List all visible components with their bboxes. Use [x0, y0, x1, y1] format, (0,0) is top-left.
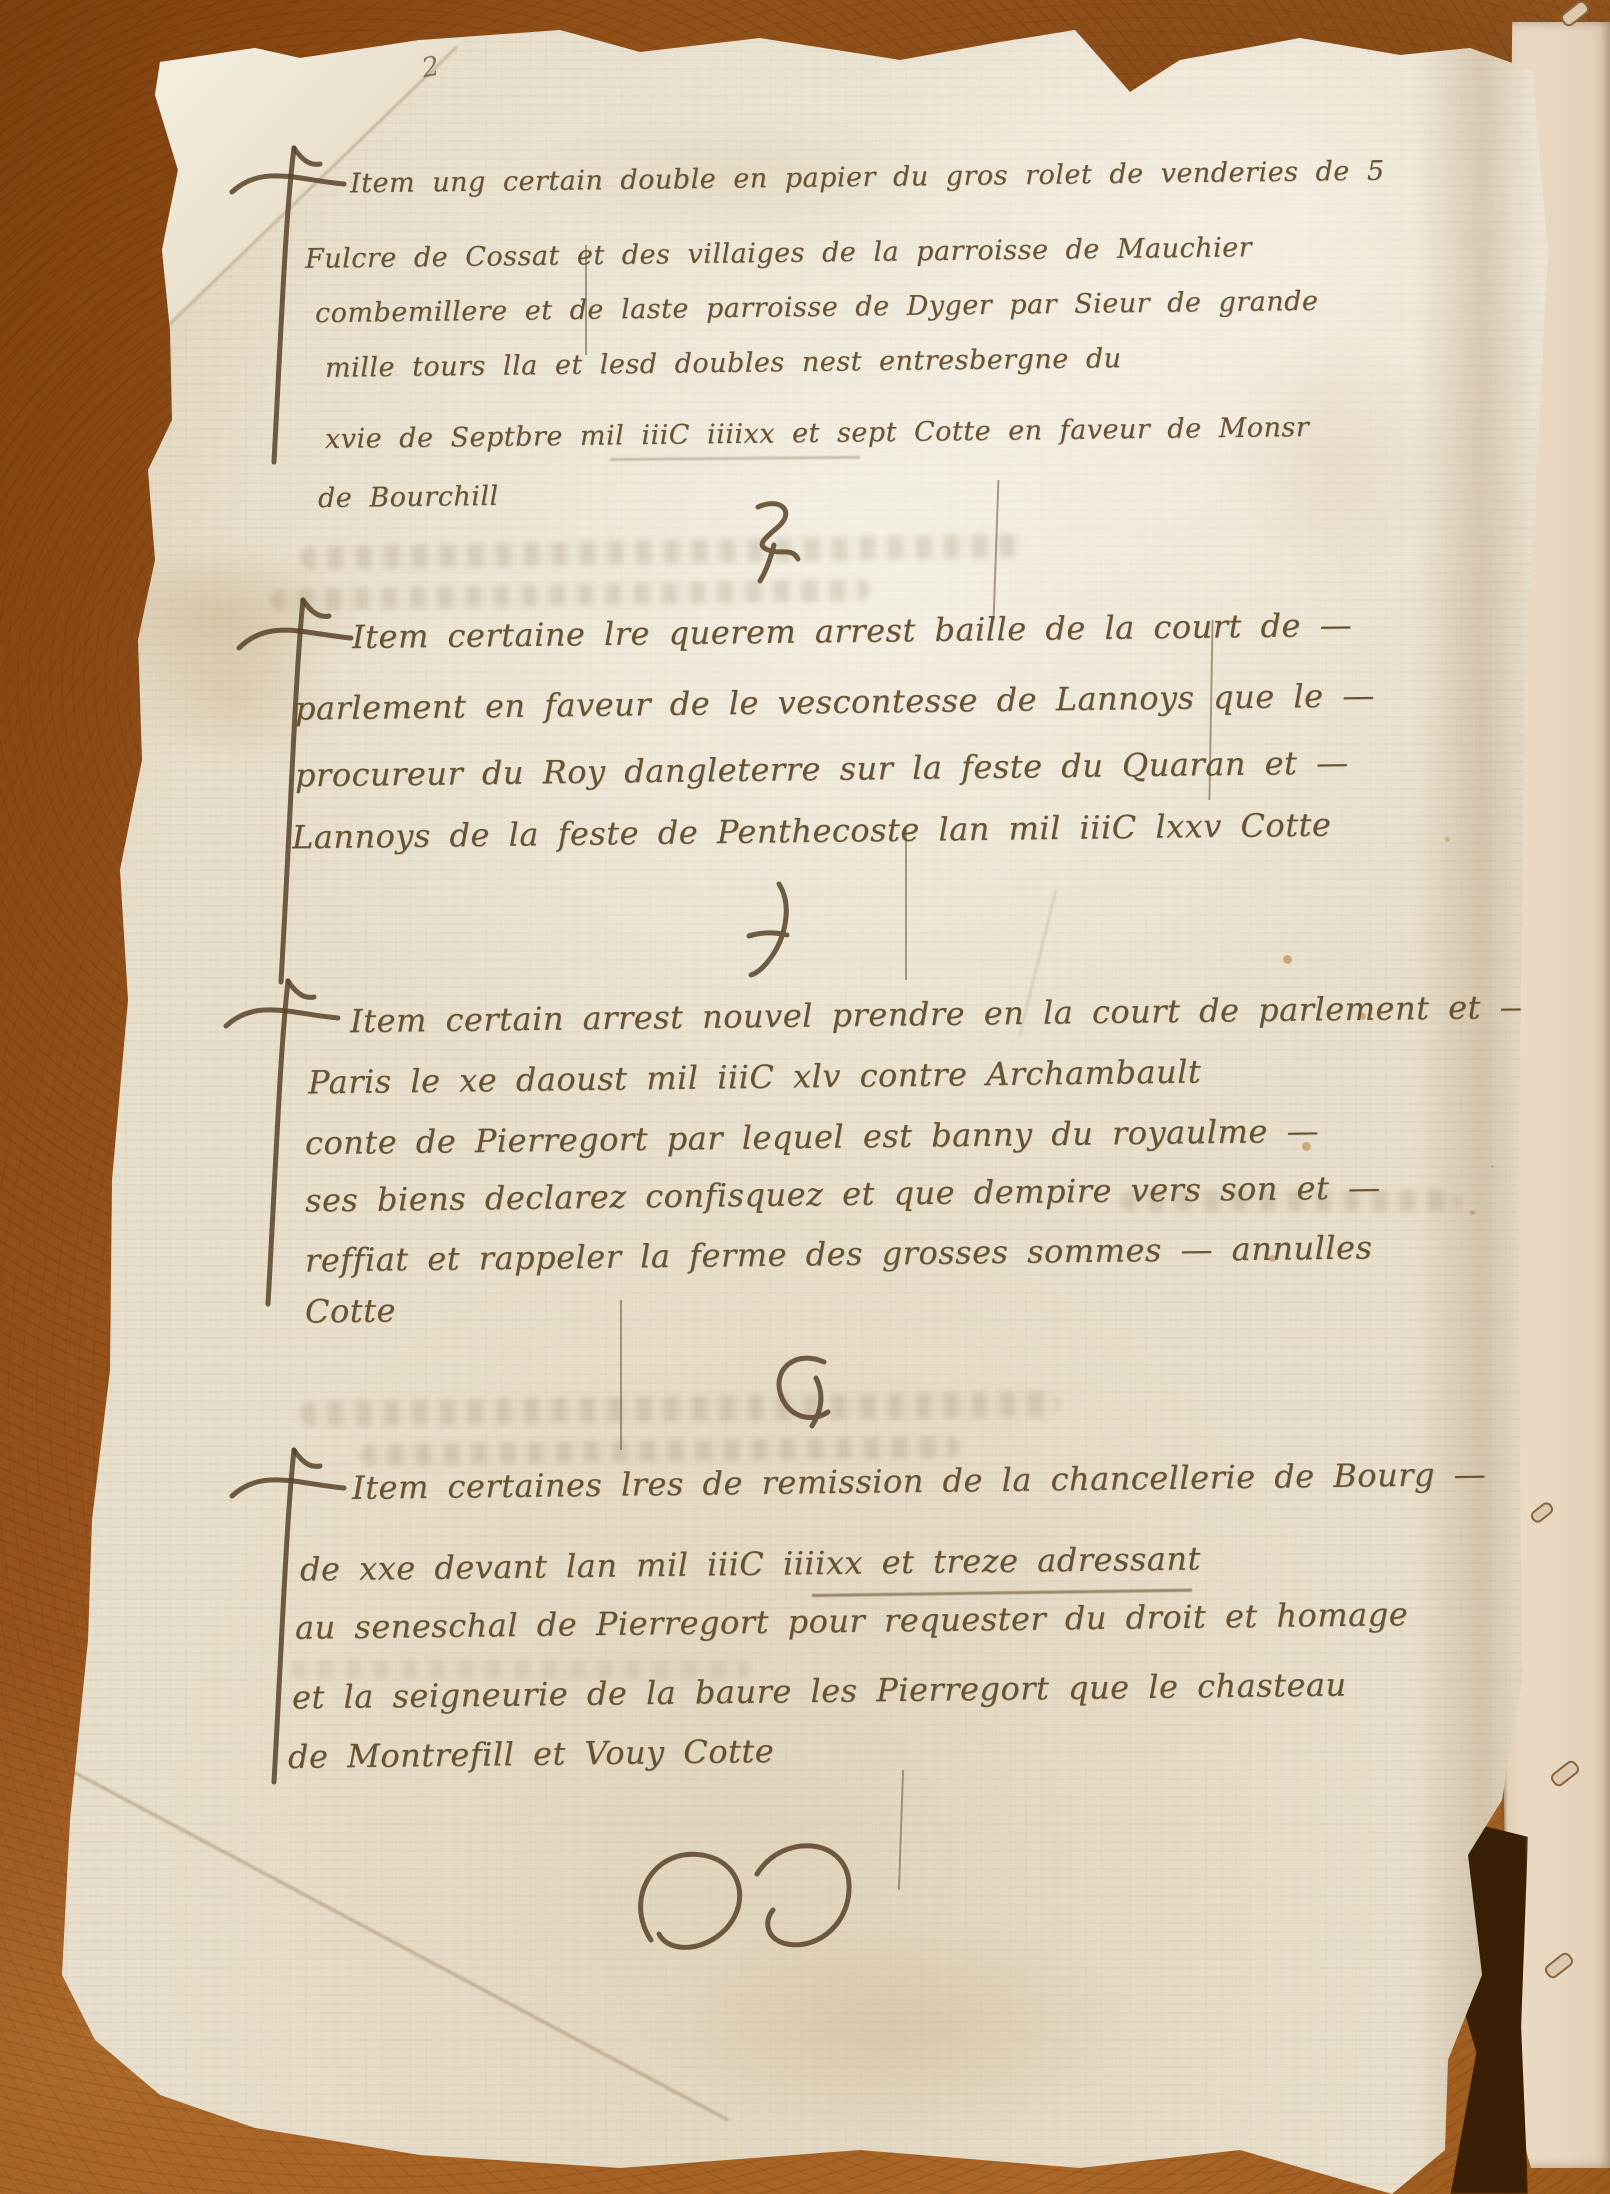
manuscript-line: reffiat et rappeler la ferme des grosses… — [305, 1228, 1373, 1279]
paragraph-separator-icon — [760, 1348, 850, 1443]
ink-descender — [993, 480, 1000, 620]
manuscript-line: de xxe devant lan mil iiiC iiiixx et tre… — [300, 1539, 1201, 1588]
bleedthrough-line — [300, 1391, 1060, 1428]
manuscript-line: ses biens declarez confisquez et que dem… — [305, 1168, 1381, 1219]
closing-paraph-flourish — [615, 1822, 885, 1972]
manuscript-line: xvie de Septbre mil iiiC iiiixx et sept … — [325, 412, 1310, 455]
manuscript-line: conte de Pierregort par lequel est banny… — [305, 1112, 1319, 1162]
ink-descender — [898, 1770, 904, 1890]
ink-underline — [812, 1589, 1192, 1597]
manuscript-line: parlement en faveur de le vescontesse de… — [295, 676, 1375, 727]
manuscript-line: mille tours lla et lesd doubles nest ent… — [325, 343, 1122, 384]
manuscript-line: Fulcre de Cossat et des villaiges de la … — [305, 232, 1252, 275]
bleedthrough-line — [300, 534, 1020, 571]
manuscript-line: et la seigneurie de la baure les Pierreg… — [292, 1666, 1347, 1717]
ink-underline — [610, 456, 860, 461]
manuscript-line: procureur du Roy dangleterre sur la fest… — [295, 744, 1349, 795]
manuscript-page: 2 Item ung certain double en papier du g… — [50, 0, 1550, 2194]
manuscript-line: Item certaines lres de remission de la c… — [352, 1455, 1487, 1507]
manuscript-line: de Bourchill — [318, 481, 499, 514]
manuscript-line: Cotte — [305, 1291, 396, 1330]
foxing-spots — [1283, 955, 1292, 964]
ink-descender — [620, 1300, 622, 1450]
paragraph-separator-icon — [735, 878, 805, 978]
manuscript-line: Lannoys de la feste de Penthecoste lan m… — [292, 806, 1332, 857]
manuscript-line: au seneschal de Pierregort pour requeste… — [295, 1595, 1409, 1647]
manuscript-line: Item certain arrest nouvel prendre en la… — [350, 988, 1532, 1040]
paragraph-separator-icon — [740, 495, 810, 585]
manuscript-line: Paris le xe daoust mil iiiC xlv contre A… — [308, 1053, 1202, 1102]
manuscript-line: Item certaine lre querem arrest baille d… — [352, 606, 1353, 656]
ink-descender — [585, 245, 587, 355]
manuscript-line: de Montrefill et Vouy Cotte — [288, 1732, 775, 1776]
manuscript-photo: 2 Item ung certain double en papier du g… — [0, 0, 1610, 2194]
manuscript-line: combemillere et de laste parroisse de Dy… — [315, 286, 1319, 329]
ink-descender — [905, 830, 907, 980]
stain — [1230, 330, 1440, 590]
manuscript-line: Item ung certain double en papier du gro… — [350, 156, 1385, 200]
